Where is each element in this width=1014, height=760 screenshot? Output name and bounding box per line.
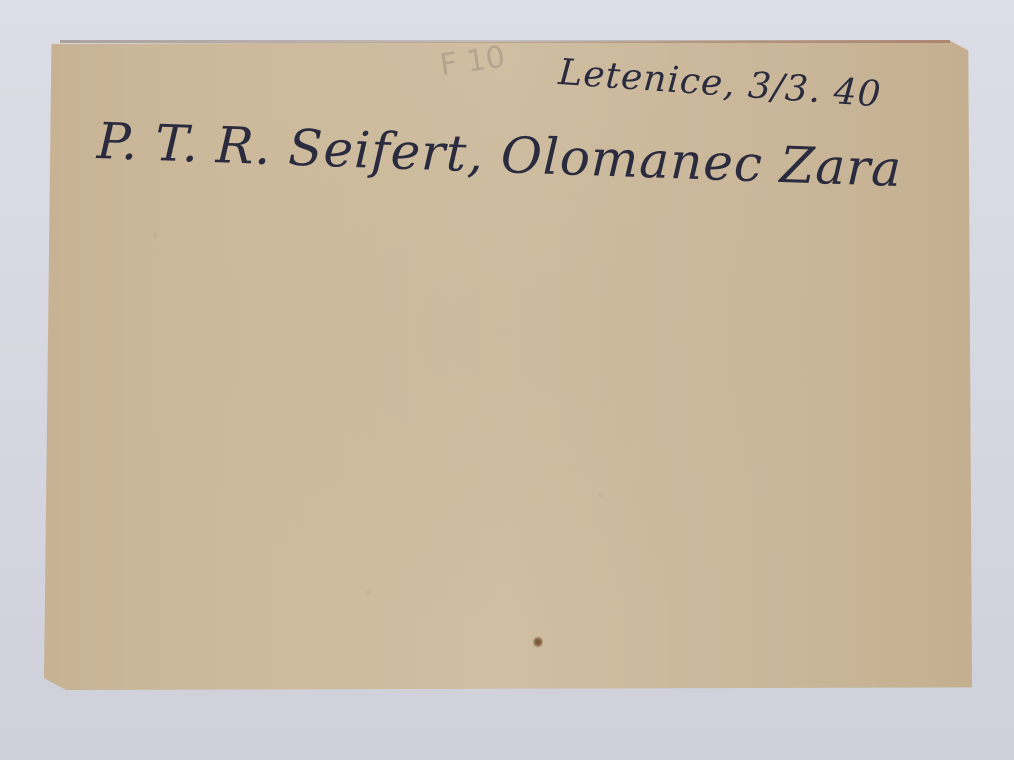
ink-stain: [533, 636, 543, 648]
card-top-edge: [60, 40, 950, 43]
